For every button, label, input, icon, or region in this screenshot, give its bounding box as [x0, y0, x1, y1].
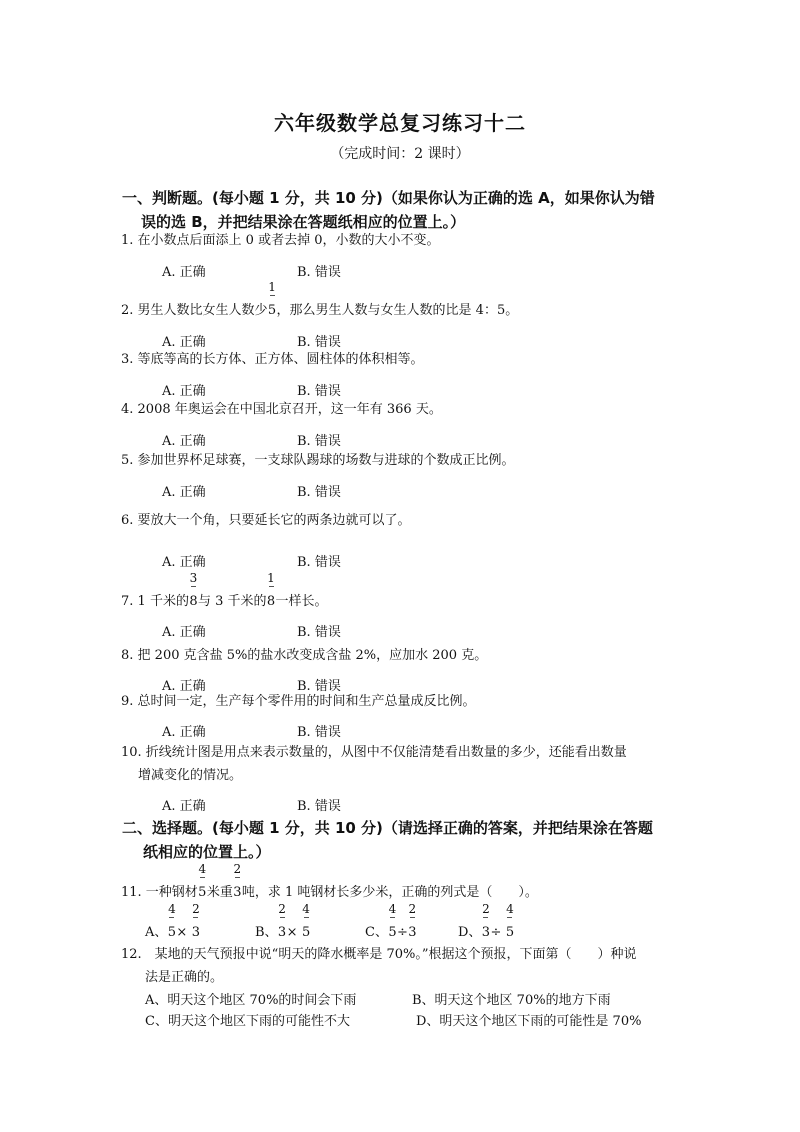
- question-12: 12. 某地的天气预报中说“明天的降水概率是 70%。”根据这个预报，下面第（ …: [121, 945, 637, 965]
- q11-text-mid: 米重: [207, 885, 233, 900]
- q6-option-b[interactable]: B. 错误: [297, 551, 341, 570]
- q7-text: 7. 1 千米的: [121, 594, 189, 609]
- question-12-cont: 法是正确的。: [145, 968, 223, 988]
- question-3: 3. 等底等高的长方体、正方体、圆柱体的体积相等。: [121, 350, 424, 370]
- question-11: 11. 一种钢材45米重23吨，求 1 吨钢材长多少米，正确的列式是（ ）。: [121, 883, 538, 903]
- question-8: 8. 把 200 克含盐 5%的盐水改变成含盐 2%，应加水 200 克。: [121, 646, 487, 666]
- q7-text-mid: 与 3 千米的: [198, 594, 267, 609]
- q12-option-a[interactable]: A、明天这个地区 70%的时间会下雨: [145, 989, 356, 1008]
- fraction: 23: [233, 883, 242, 903]
- fraction: 38: [189, 592, 198, 612]
- section-1-heading: 一、判断题。(每小题 1 分，共 10 分)（如果你认为正确的选 A，如果你认为…: [122, 186, 655, 210]
- question-10-cont: 增减变化的情况。: [138, 766, 242, 786]
- q7-option-a[interactable]: A. 正确: [162, 621, 206, 640]
- q1-option-a[interactable]: A. 正确: [162, 261, 206, 280]
- fraction: 23: [481, 923, 490, 943]
- fraction: 45: [302, 923, 311, 943]
- fraction: 23: [278, 923, 287, 943]
- q3-option-a[interactable]: A. 正确: [162, 380, 206, 399]
- q1-option-b[interactable]: B. 错误: [297, 261, 341, 280]
- q9-option-a[interactable]: A. 正确: [162, 721, 206, 740]
- q11-option-c[interactable]: C、45÷23: [365, 923, 417, 943]
- section-2-heading: 二、选择题。(每小题 1 分，共 10 分)（请选择正确的答案，并把结果涂在答题: [122, 816, 653, 840]
- q11-option-d[interactable]: D、23÷ 45: [458, 923, 514, 943]
- q7-text-post: 一样长。: [276, 594, 328, 609]
- q10-option-b[interactable]: B. 错误: [297, 795, 341, 814]
- fraction: 18: [267, 592, 276, 612]
- q4-option-a[interactable]: A. 正确: [162, 430, 206, 449]
- q4-option-b[interactable]: B. 错误: [297, 430, 341, 449]
- fraction: 45: [167, 923, 176, 943]
- q2-option-b[interactable]: B. 错误: [297, 331, 341, 350]
- q10-option-a[interactable]: A. 正确: [162, 795, 206, 814]
- q12-option-c[interactable]: C、明天这个地区下雨的可能性不大: [145, 1010, 350, 1029]
- q2-option-a[interactable]: A. 正确: [162, 331, 206, 350]
- fraction: 45: [198, 883, 207, 903]
- question-6: 6. 要放大一个角，只要延长它的两条边就可以了。: [121, 511, 411, 531]
- q3-option-b[interactable]: B. 错误: [297, 380, 341, 399]
- fraction: 23: [408, 923, 417, 943]
- q5-option-a[interactable]: A. 正确: [162, 481, 206, 500]
- q11-text: 11. 一种钢材: [121, 885, 198, 900]
- question-5: 5. 参加世界杯足球赛，一支球队踢球的场数与进球的个数成正比例。: [121, 451, 515, 471]
- question-1: 1. 在小数点后面添上 0 或者去掉 0，小数的大小不变。: [121, 231, 439, 251]
- fraction: 45: [388, 923, 397, 943]
- question-4: 4. 2008 年奥运会在中国北京召开，这一年有 366 天。: [121, 400, 442, 420]
- q6-option-a[interactable]: A. 正确: [162, 551, 206, 570]
- fraction: 15: [268, 301, 277, 321]
- q2-text-post: ，那么男生人数与女生人数的比是 4：5。: [277, 303, 519, 318]
- q12-option-d[interactable]: D、明天这个地区下雨的可能性是 70%: [416, 1010, 641, 1029]
- question-7: 7. 1 千米的38与 3 千米的18一样长。: [121, 592, 328, 612]
- fraction: 45: [505, 923, 514, 943]
- question-10: 10. 折线统计图是用点来表示数量的，从图中不仅能清楚看出数量的多少，还能看出数…: [121, 743, 627, 763]
- q7-option-b[interactable]: B. 错误: [297, 621, 341, 640]
- page-subtitle: （完成时间：2 课时）: [0, 143, 800, 163]
- q11-text-post: 吨，求 1 吨钢材长多少米，正确的列式是（ ）。: [242, 885, 538, 900]
- q11-option-b[interactable]: B、23× 45: [255, 923, 311, 943]
- q9-option-b[interactable]: B. 错误: [297, 721, 341, 740]
- q5-option-b[interactable]: B. 错误: [297, 481, 341, 500]
- page-title: 六年级数学总复习练习十二: [0, 107, 800, 136]
- question-2: 2. 男生人数比女生人数少15，那么男生人数与女生人数的比是 4：5。: [121, 301, 518, 321]
- q2-text: 2. 男生人数比女生人数少: [121, 303, 268, 318]
- question-9: 9. 总时间一定，生产每个零件用的时间和生产总量成反比例。: [121, 692, 476, 712]
- q12-option-b[interactable]: B、明天这个地区 70%的地方下雨: [412, 989, 611, 1008]
- fraction: 23: [191, 923, 200, 943]
- section-2-heading-cont: 纸相应的位置上。）: [143, 840, 271, 864]
- q11-option-a[interactable]: A、45× 23: [145, 923, 200, 943]
